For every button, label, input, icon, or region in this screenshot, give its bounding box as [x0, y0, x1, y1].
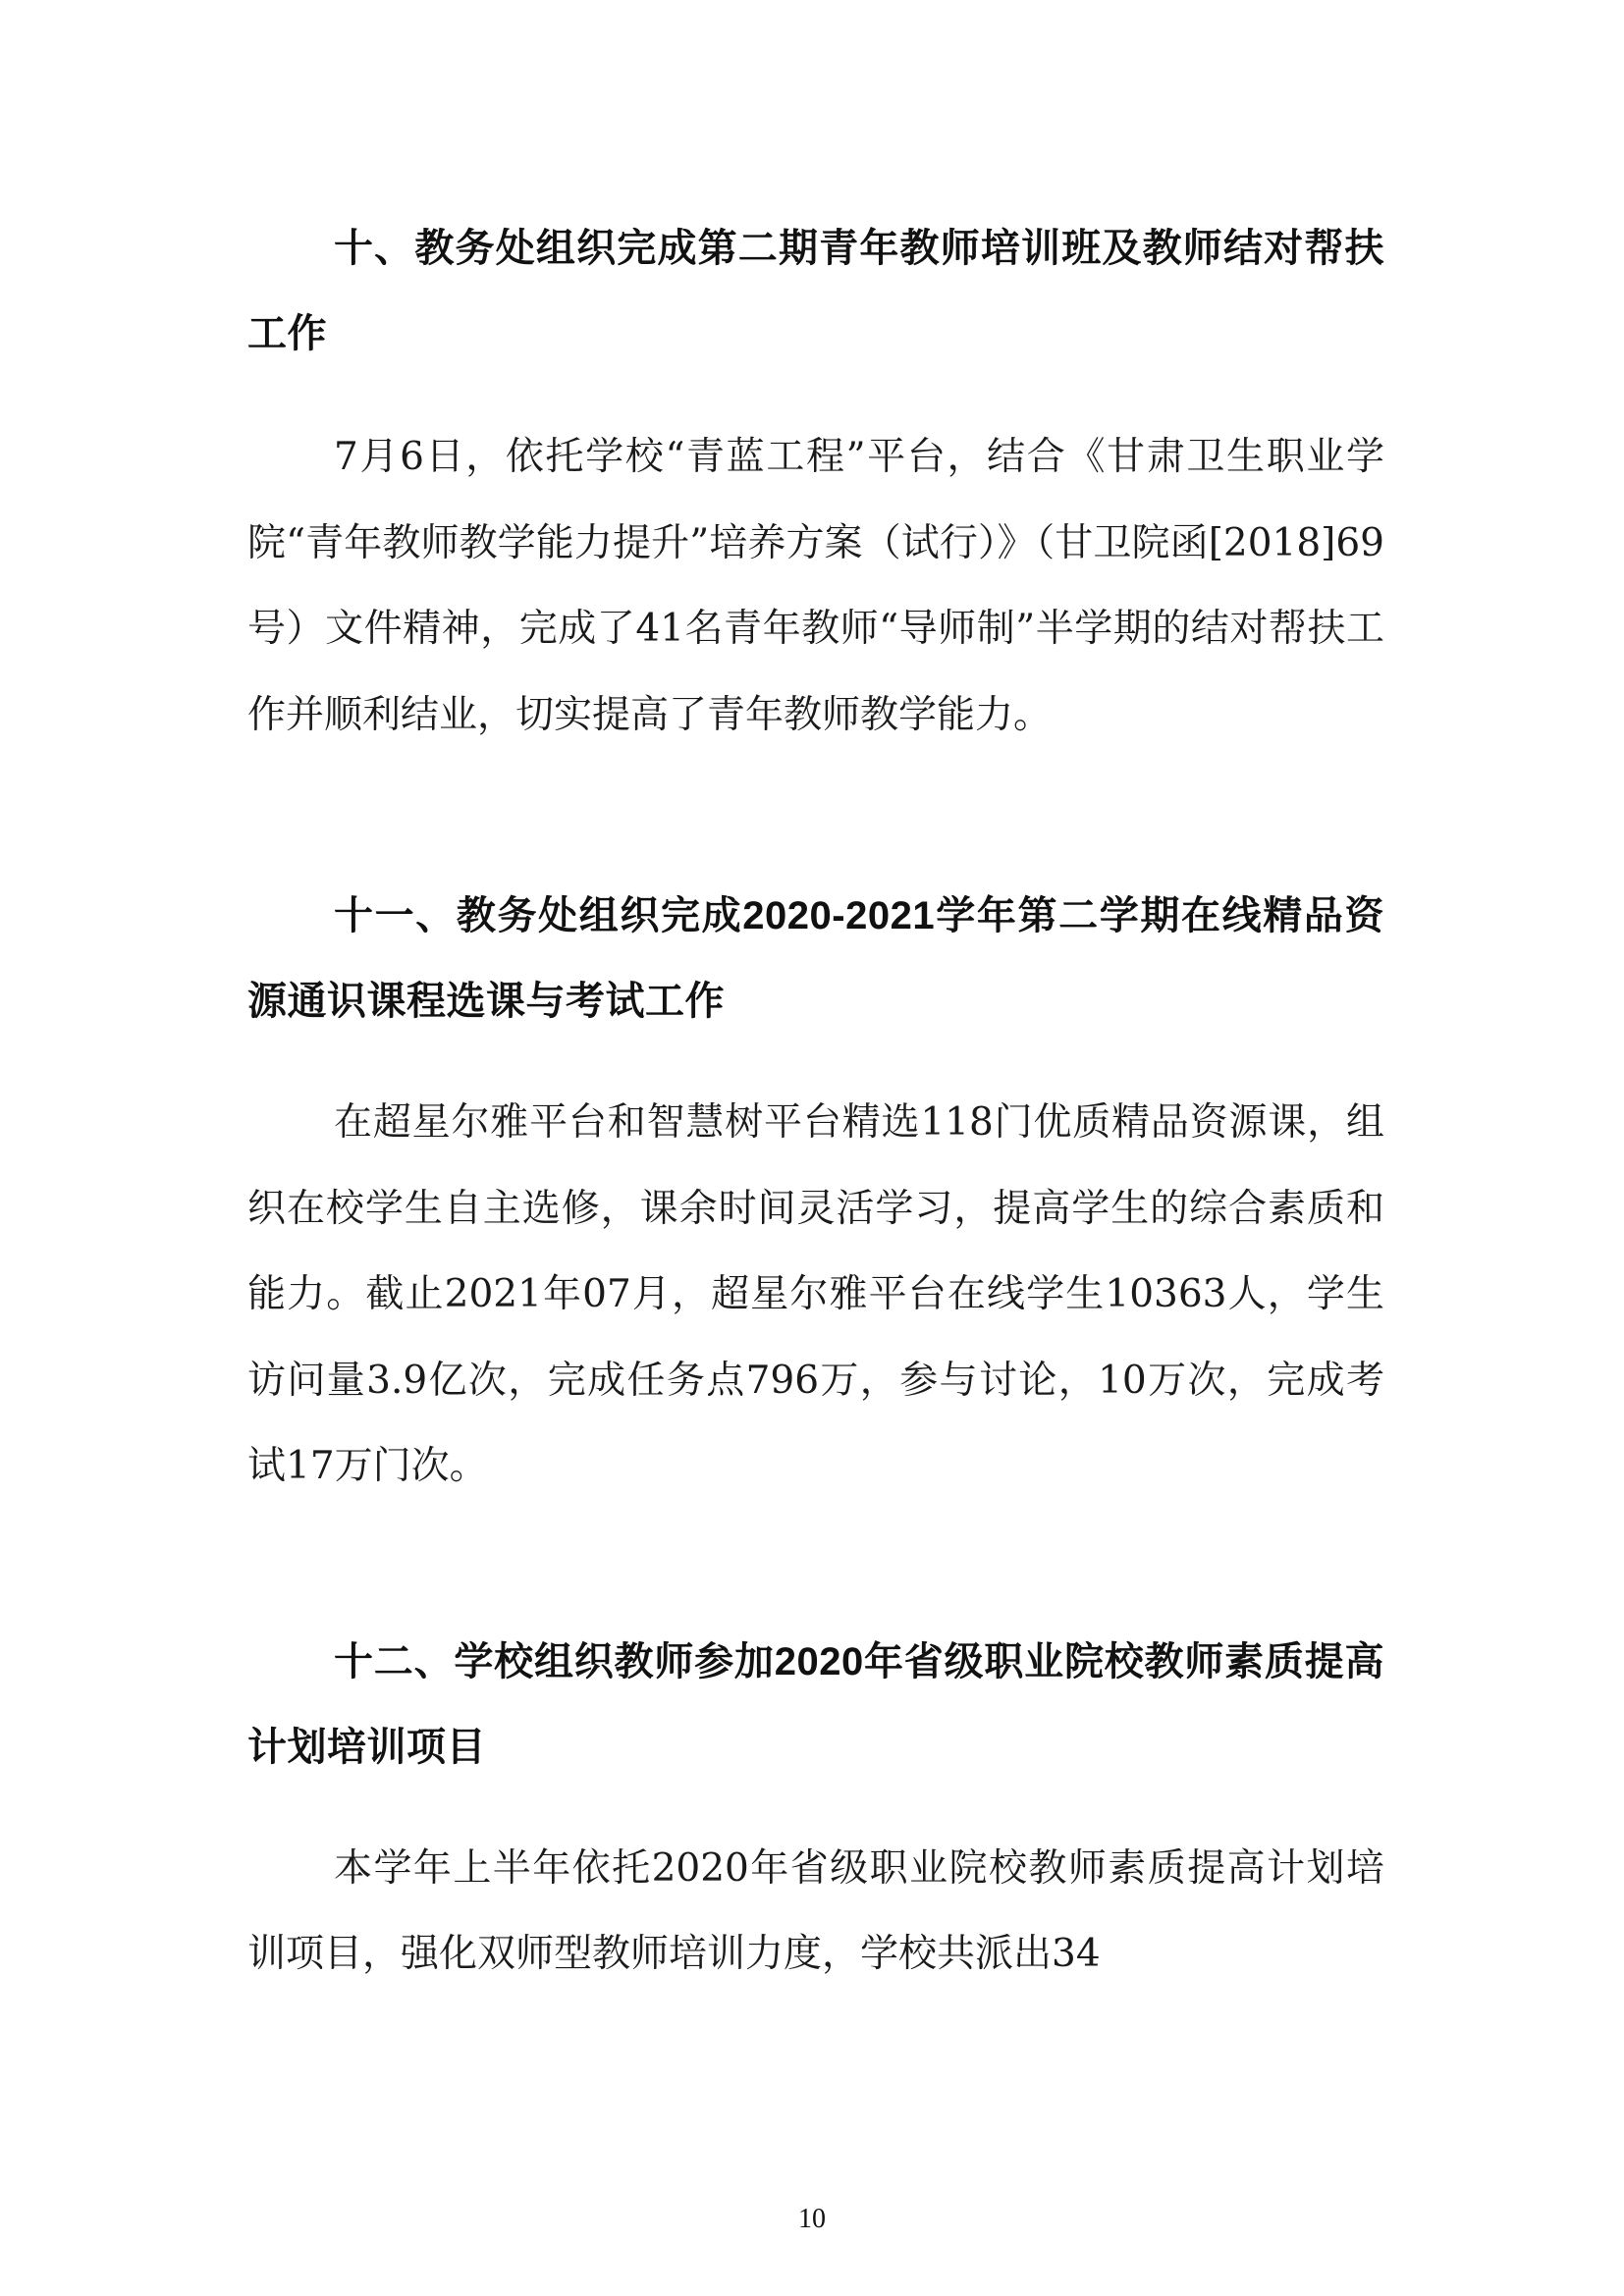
- section-12-heading-year: 2020: [775, 1640, 864, 1683]
- page-number: 10: [0, 2204, 1624, 2235]
- section-11-paragraph: 在超星尔雅平台和智慧树平台精选118门优质精品资源课，组织在校学生自主选修，课余…: [247, 1080, 1384, 1510]
- document-page: 十、教务处组织完成第二期青年教师培训班及教师结对帮扶工作 7月6日，依托学校“青…: [0, 0, 1624, 2296]
- section-12-paragraph: 本学年上半年依托2020年省级职业院校教师素质提高计划培训项目，强化双师型教师培…: [247, 1826, 1384, 1998]
- section-12-heading: 十二、学校组织教师参加2020年省级职业院校教师素质提高计划培训项目: [247, 1620, 1384, 1790]
- section-11-heading: 十一、教务处组织完成2020-2021学年第二学期在线精品资源通识课程选课与考试…: [247, 874, 1384, 1044]
- section-11-heading-prefix: 十一、教务处组织完成: [334, 893, 742, 938]
- section-10-heading-text: 十、教务处组织完成第二期青年教师培训班及教师结对帮扶工作: [247, 226, 1384, 356]
- section-12-heading-prefix: 十二、学校组织教师参加: [334, 1639, 775, 1684]
- section-11-heading-year: 2020-2021: [742, 894, 935, 937]
- page-content: 十、教务处组织完成第二期青年教师培训班及教师结对帮扶工作 7月6日，依托学校“青…: [247, 206, 1384, 1998]
- section-10-paragraph: 7月6日，依托学校“青蓝工程”平台，结合《甘肃卫生职业学院“青年教师教学能力提升…: [247, 414, 1384, 758]
- section-10-heading: 十、教务处组织完成第二期青年教师培训班及教师结对帮扶工作: [247, 206, 1384, 377]
